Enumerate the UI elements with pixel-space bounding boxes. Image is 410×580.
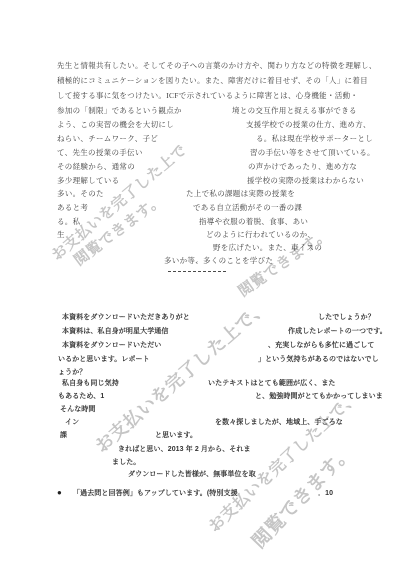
body-text-fragment: あると考 bbox=[57, 204, 88, 212]
body-text-fragment: を数々探しましたが、地域上、手ごろな bbox=[215, 419, 343, 426]
body-text-fragment: 境との交互作用と捉える事ができる bbox=[232, 107, 357, 115]
body-text-fragment: 多い。そのた bbox=[57, 190, 104, 198]
body-text-line: して接する事に気をつけたい。ICFで示されているように障害とは、心身機能・活動・ bbox=[57, 92, 358, 100]
body-text-fragment: 支援学校での授業の仕方、進め方、 bbox=[246, 121, 371, 129]
body-text-fragment: 習の手伝い等をさせて頂いている。 bbox=[250, 149, 375, 157]
footer-bullet-marker: ● bbox=[57, 489, 62, 497]
body-text-fragment: の声かけであったり、進め方な bbox=[248, 163, 357, 171]
body-text-fragment: 生 bbox=[57, 231, 65, 239]
body-text-fragment: その経験から、通常の bbox=[57, 163, 135, 171]
body-text-fragment: 多少理解している bbox=[57, 177, 119, 185]
stray-mark: ´ bbox=[196, 262, 198, 268]
body-text-fragment: したでしょうか？ bbox=[318, 314, 375, 321]
body-text-fragment: である自立活動がその一番の課 bbox=[193, 204, 302, 212]
body-text-fragment: いたテキストはとても範囲が広く、また bbox=[208, 380, 336, 387]
separator-dashed-line bbox=[168, 271, 226, 272]
page-reference: ．10 bbox=[318, 490, 333, 497]
body-text-fragment: 多いか等、多くのことを学びた bbox=[164, 257, 273, 265]
body-text-fragment: どのように行われているのか、 bbox=[206, 231, 315, 239]
footer-bullet-text: 「過去問と回答例」もアップしています。(特別支援 bbox=[73, 490, 238, 497]
body-text-fragment: る。私は現在学校サポーターとし bbox=[256, 135, 373, 143]
body-text-fragment: 本資料をダウンロードいただきありがと bbox=[62, 314, 190, 321]
body-text-fragment: ねらい、チームワーク、子ど bbox=[57, 135, 158, 143]
body-text-fragment: 参加の「制限」であるという観点か bbox=[57, 107, 182, 115]
watermark-text: 閲覧できます。 bbox=[249, 442, 356, 552]
body-text-fragment: 課 bbox=[60, 432, 67, 439]
body-text-fragment: ました。 bbox=[112, 459, 140, 466]
body-text-fragment: と思います。 bbox=[155, 432, 197, 439]
body-text-fragment: ょうか？ bbox=[58, 369, 86, 376]
body-text-fragment: 」という気持ちがあるのではないでし bbox=[258, 356, 379, 363]
body-text-fragment: もあるため、1 bbox=[58, 393, 104, 400]
body-text-fragment: る。私 bbox=[57, 218, 80, 226]
body-text-fragment: イン bbox=[65, 419, 79, 426]
body-text-fragment: と、勉強時間がとてもかかってしまいま bbox=[255, 393, 383, 400]
body-text-fragment: ダウンロードした皆様が、無事単位を取 bbox=[128, 471, 256, 478]
body-text-line: 積極的にコミュニケーションを図りたい。また、障害だけに着目せず、その「人」に着目 bbox=[57, 77, 368, 85]
body-text-fragment: 作成したレポートの一つです。 bbox=[288, 328, 387, 335]
scanned-document-page: お支払いを完了した上で 閲覧できます。 閲覧できます。 お支払いを完了した上で、… bbox=[0, 0, 410, 580]
body-text-fragment: 援学校の実際の授業はわからない bbox=[247, 177, 364, 185]
body-text-fragment: 本資料をダウンロードいただい bbox=[62, 342, 161, 349]
body-text-fragment: 野を広げたい。また、車イスの bbox=[213, 244, 322, 252]
body-text-fragment: そんな時間 bbox=[60, 406, 96, 413]
body-text-fragment: よう、この実習の機会を大切にし bbox=[57, 121, 174, 129]
body-text-fragment: いるかと思います。レポート bbox=[58, 356, 150, 363]
body-text-fragment: きればと思い、2013 年 2 月から、それま bbox=[118, 446, 251, 453]
body-text-fragment: 私自身も同じ気持 bbox=[62, 380, 119, 387]
body-text-line: 先生と情報共有したい。そしてその子への言葉のかけ方や、関わり方などの特徴を理解し… bbox=[57, 62, 377, 70]
body-text-fragment: て、先生の授業の手伝い bbox=[57, 149, 143, 157]
body-text-fragment: た上で私の課題は実際の授業を bbox=[186, 190, 295, 198]
body-text-fragment: 指導や衣服の着脱、食事、あい bbox=[199, 218, 308, 226]
body-text-fragment: 本資料は、私自身が明星大学通信 bbox=[62, 328, 169, 335]
body-text-fragment: 、充実しながらも多忙に過ごして bbox=[268, 342, 375, 349]
